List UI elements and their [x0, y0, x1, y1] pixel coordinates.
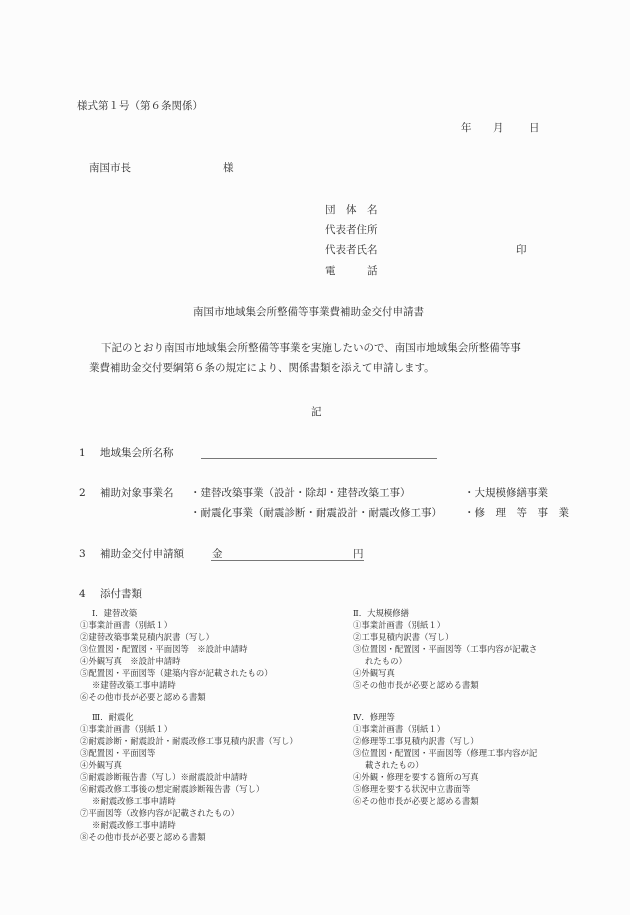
list-item: ②建替改築事業見積内訳書（写し）	[80, 631, 273, 643]
list-item: ⑤修理を要する状況申立書面等	[353, 783, 537, 795]
item1-label: 地域集会所名称	[100, 446, 174, 460]
list-item: ⑥その他市長が必要と認める書類	[80, 691, 273, 703]
addressee-honorific: 様	[223, 161, 234, 175]
list-item: ①事業計画書（別紙１）	[353, 619, 537, 631]
addressee-name: 南国市長	[89, 161, 131, 175]
list-item: ⑧その他市長が必要と認める書類	[80, 831, 298, 843]
list-item-continuation: 載されたもの）	[353, 759, 537, 771]
attachments-seismic: Ⅲ．耐震化 ①事業計画書（別紙１） ②耐震診断・耐震設計・耐震改修工事見積内訳書…	[80, 711, 298, 843]
item3-label: 補助金交付申請額	[100, 547, 184, 561]
date-year-label: 年	[461, 121, 472, 135]
list-item: ②工事見積内訳書（写し）	[353, 631, 537, 643]
attachments-rebuild: Ⅰ．建替改築 ①事業計画書（別紙１） ②建替改築事業見積内訳書（写し） ③位置図…	[80, 607, 273, 703]
body-line-1: 下記のとおり南国市地域集会所整備等事業を実施したいので、南国市地域集会所整備等事	[101, 341, 521, 355]
org-name-label: 団 体 名	[325, 203, 378, 217]
amount-prefix: 金	[212, 547, 223, 561]
list-item: ⑦平面図等（改修内容が記載されたもの）	[80, 807, 298, 819]
attachments-repair-heading: Ⅳ．修理等	[353, 711, 537, 723]
ki-heading: 記	[311, 405, 322, 419]
list-item: ⑤耐震診断報告書（写し）※耐震設計申請時	[80, 771, 298, 783]
item2-number: 2	[79, 486, 86, 500]
list-item: ①事業計画書（別紙１）	[353, 723, 537, 735]
list-item: ③位置図・配置図・平面図等（修理工事内容が記	[353, 747, 537, 759]
attachments-repair: Ⅳ．修理等 ①事業計画書（別紙１） ②修理等工事見積内訳書（写し） ③位置図・配…	[353, 711, 537, 807]
list-item-note: ※耐震改修工事申請時	[80, 819, 298, 831]
item2-label: 補助対象事業名	[100, 486, 174, 500]
list-item: ⑥耐震改修工事後の想定耐震診断報告書（写し）	[80, 783, 298, 795]
attachments-major-repair-heading: Ⅱ．大規模修繕	[353, 607, 537, 619]
item4-label: 添付書類	[100, 587, 142, 601]
project-option-major-repair[interactable]: ・大規模修繕事業	[464, 486, 548, 500]
phone-label: 電 話	[325, 264, 378, 278]
list-item: ①事業計画書（別紙１）	[80, 723, 298, 735]
list-item-note: ※建替改築工事申請時	[80, 679, 273, 691]
amount-field[interactable]	[226, 547, 352, 559]
facility-name-underline	[201, 458, 437, 459]
list-item: ④外観・修理を要する箇所の写真	[353, 771, 537, 783]
document-title: 南国市地域集会所整備等事業費補助金交付申請書	[193, 305, 424, 319]
seal-label: 印	[516, 243, 527, 257]
form-number: 様式第１号（第６条関係）	[77, 99, 203, 113]
project-option-repair[interactable]: ・修 理 等 事 業	[464, 506, 569, 520]
item1-number: 1	[79, 446, 86, 460]
project-option-seismic[interactable]: ・耐震化事業（耐震診断・耐震設計・耐震改修工事）	[190, 506, 442, 520]
list-item: ④外観写真 ※設計申請時	[80, 655, 273, 667]
list-item: ②修理等工事見積内訳書（写し）	[353, 735, 537, 747]
date-month-label: 月	[493, 121, 504, 135]
list-item: ⑤その他市長が必要と認める書類	[353, 679, 537, 691]
rep-address-label: 代表者住所	[325, 223, 378, 237]
project-option-rebuild[interactable]: ・建替改築事業（設計・除却・建替改築工事）	[190, 486, 411, 500]
list-item: ③配置図・平面図等	[80, 747, 298, 759]
amount-underline	[211, 560, 364, 561]
body-line-2: 業費補助金交付要綱第６条の規定により、関係書類を添えて申請します。	[89, 361, 435, 375]
facility-name-field[interactable]	[201, 446, 437, 458]
rep-name-label: 代表者氏名	[325, 243, 378, 257]
list-item: ⑥その他市長が必要と認める書類	[353, 795, 537, 807]
list-item: ③位置図・配置図・平面図等（工事内容が記載さ	[353, 643, 537, 655]
date-day-label: 日	[529, 121, 540, 135]
list-item-note: ※耐震改修工事申請時	[80, 795, 298, 807]
list-item: ①事業計画書（別紙１）	[80, 619, 273, 631]
list-item: ③位置図・配置図・平面図等 ※設計申請時	[80, 643, 273, 655]
attachments-seismic-heading: Ⅲ．耐震化	[80, 711, 298, 723]
item3-number: 3	[79, 547, 86, 561]
item4-number: 4	[79, 587, 86, 601]
attachments-major-repair: Ⅱ．大規模修繕 ①事業計画書（別紙１） ②工事見積内訳書（写し） ③位置図・配置…	[353, 607, 537, 691]
list-item: ⑤配置図・平面図等（建築内容が記載されたもの）	[80, 667, 273, 679]
list-item: ④外観写真	[353, 667, 537, 679]
list-item: ②耐震診断・耐震設計・耐震改修工事見積内訳書（写し）	[80, 735, 298, 747]
list-item: ④外観写真	[80, 759, 298, 771]
amount-suffix: 円	[353, 547, 364, 561]
attachments-rebuild-heading: Ⅰ．建替改築	[80, 607, 273, 619]
list-item-continuation: れたもの）	[353, 655, 537, 667]
